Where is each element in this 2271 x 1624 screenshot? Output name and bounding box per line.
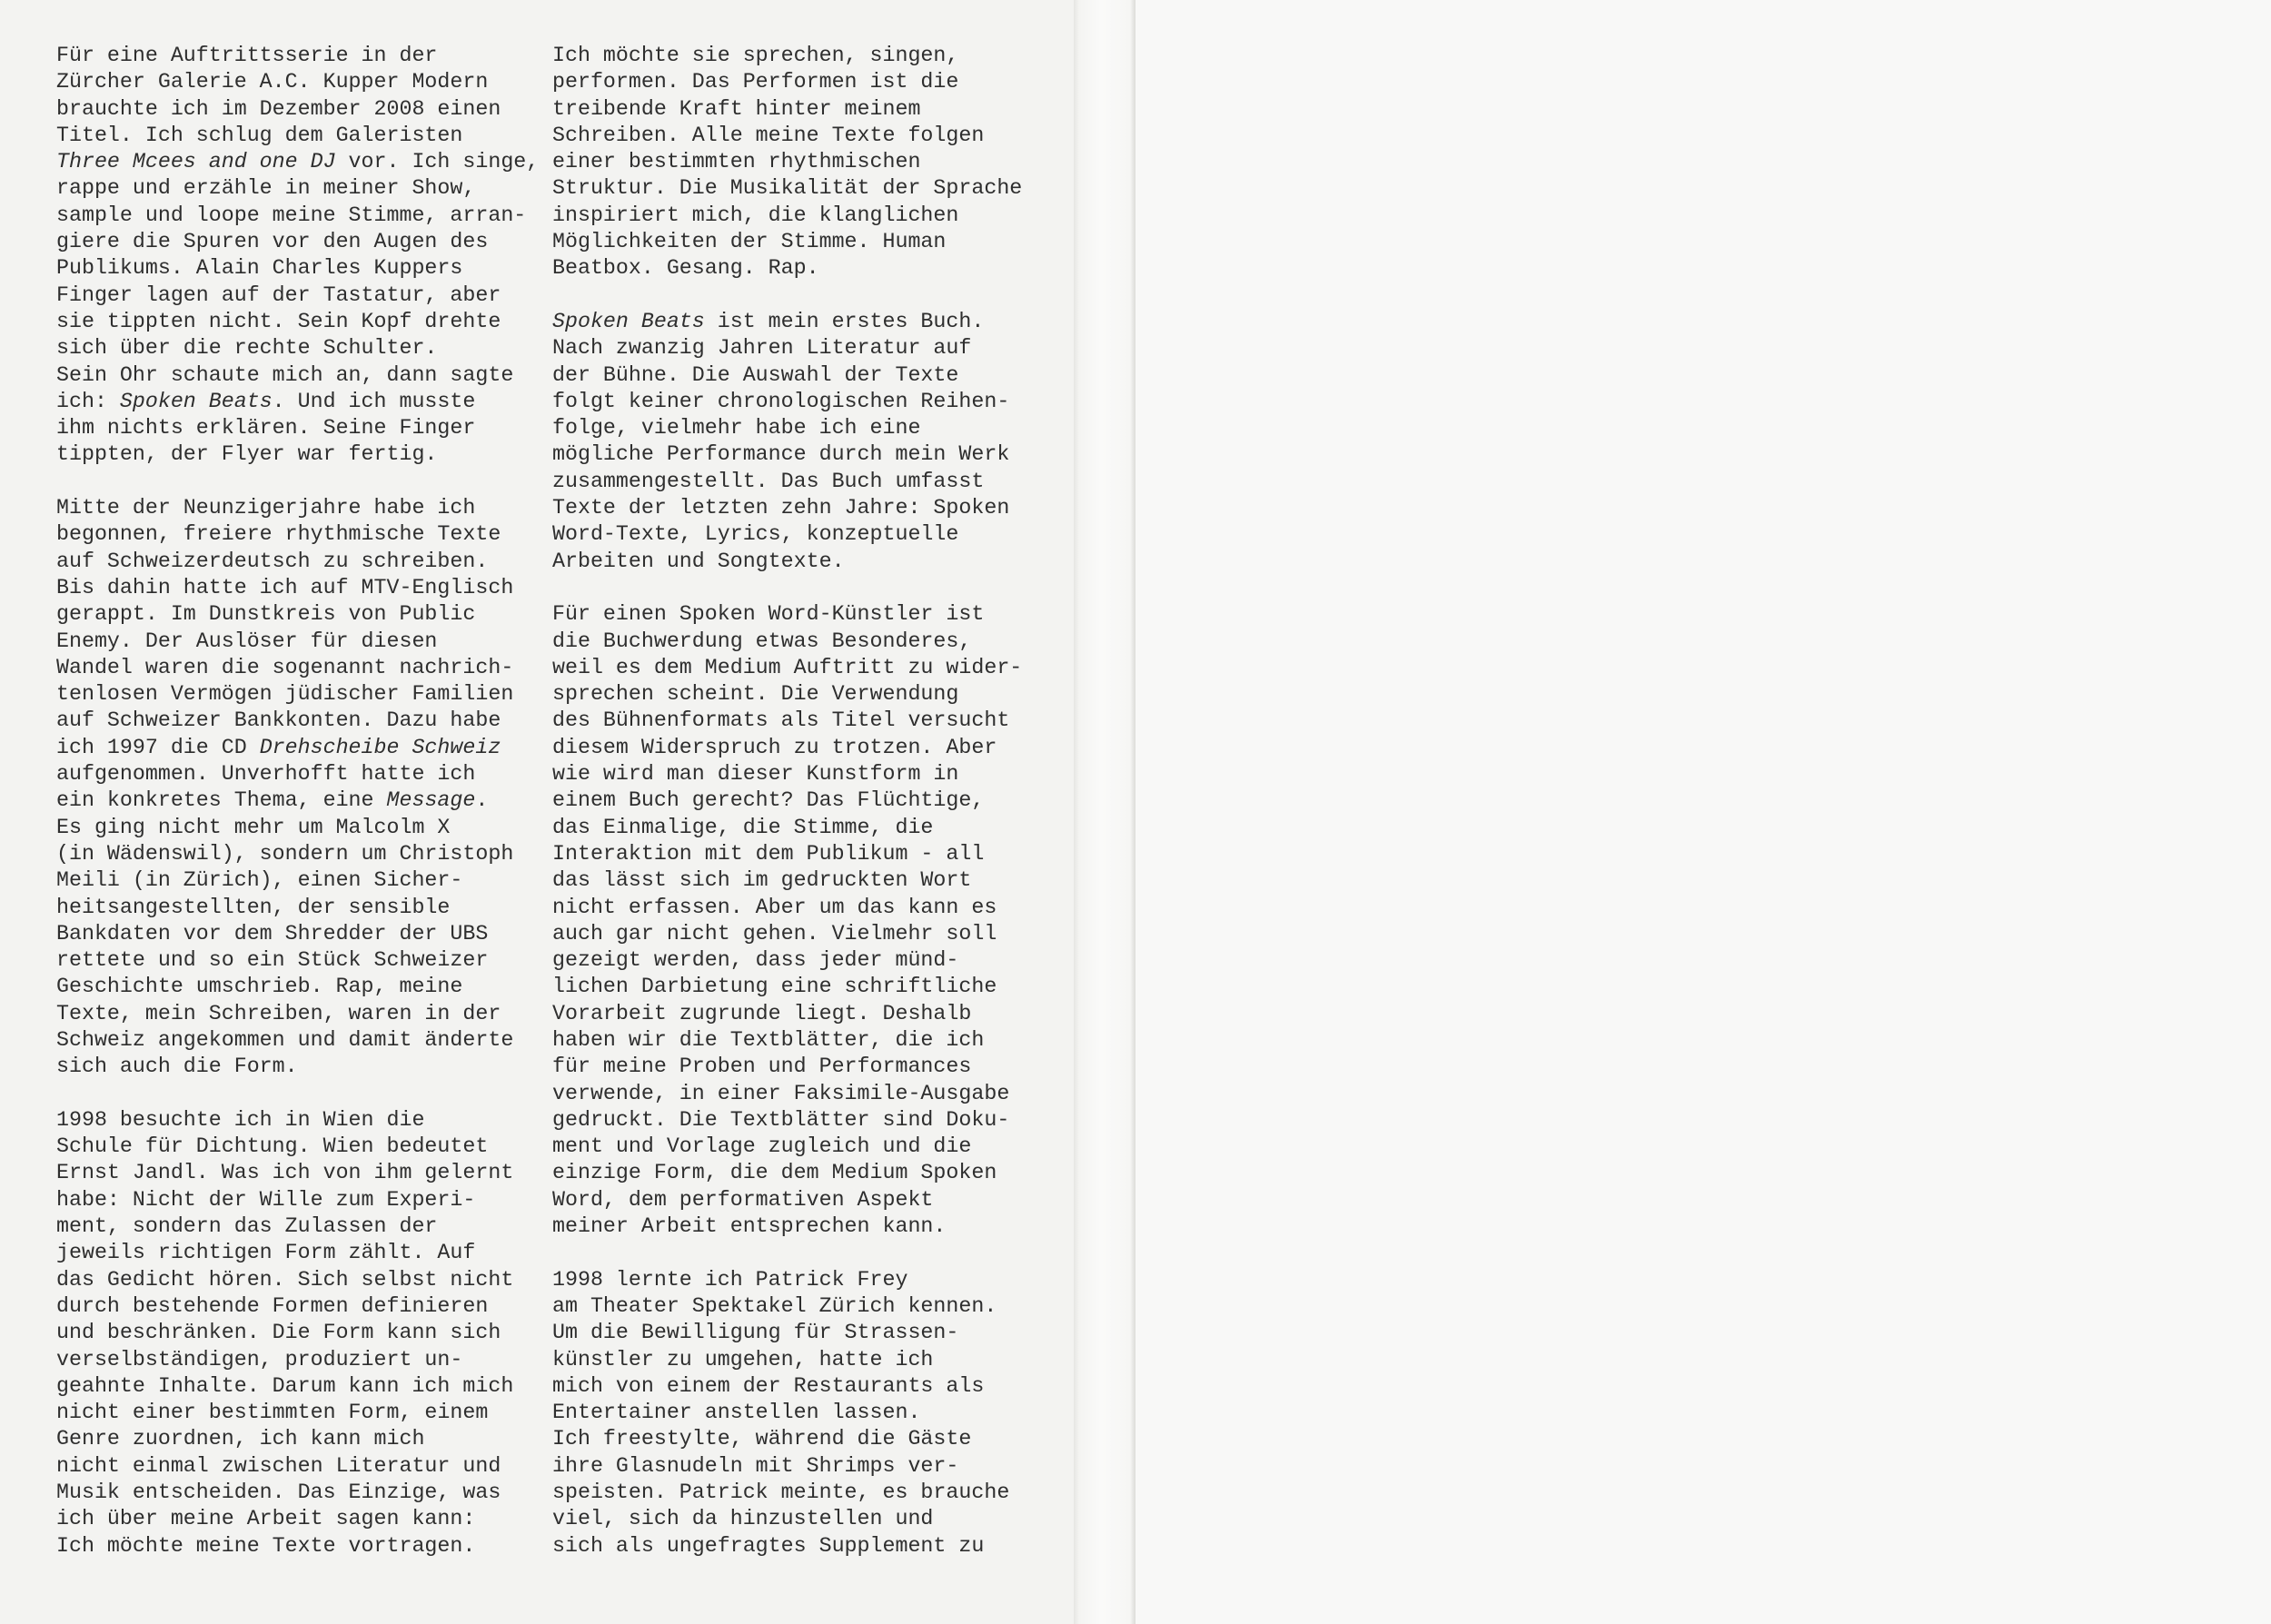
text-run: Bis dahin hatte ich auf MTV-Englisch — [56, 576, 513, 599]
text-line: diesem Widerspruch zu trotzen. Aber — [552, 735, 1022, 761]
text-line: durch bestehende Formen definieren — [56, 1293, 539, 1320]
italic-title: Spoken Beats — [552, 310, 705, 333]
text-run: habe: Nicht der Wille zum Experi- — [56, 1188, 475, 1212]
text-run: künstler zu umgehen, hatte ich — [552, 1348, 933, 1371]
text-line: lichen Darbietung eine schriftliche — [552, 974, 1022, 1000]
text-run: Ich möchte meine Texte vortragen. — [56, 1534, 475, 1558]
text-line: Mitte der Neunzigerjahre habe ich — [56, 495, 539, 521]
text-run: Struktur. Die Musikalität der Sprache — [552, 176, 1022, 200]
text-run: verselbständigen, produziert un- — [56, 1348, 462, 1371]
text-line: für meine Proben und Performances — [552, 1054, 1022, 1080]
text-line: des Bühnenformats als Titel versucht — [552, 708, 1022, 734]
text-line: Finger lagen auf der Tastatur, aber — [56, 282, 539, 309]
text-run: einzige Form, die dem Medium Spoken — [552, 1161, 997, 1184]
text-line: gedruckt. Die Textblätter sind Doku- — [552, 1107, 1022, 1134]
text-run: Es ging nicht mehr um Malcolm X — [56, 816, 450, 839]
text-line: 1998 lernte ich Patrick Frey — [552, 1267, 1022, 1293]
text-line: verselbständigen, produziert un- — [56, 1347, 539, 1373]
text-run: Ich möchte sie sprechen, singen, — [552, 44, 958, 67]
text-run: und beschränken. Die Form kann sich — [56, 1321, 501, 1344]
text-line: ich 1997 die CD Drehscheibe Schweiz — [56, 735, 539, 761]
text-run: ich: — [56, 390, 120, 413]
text-line: Zürcher Galerie A.C. Kupper Modern — [56, 69, 539, 95]
text-run: vor. Ich singe, — [336, 150, 540, 173]
text-line: einzige Form, die dem Medium Spoken — [552, 1160, 1022, 1186]
text-line: Meili (in Zürich), einen Sicher- — [56, 867, 539, 894]
text-run: viel, sich da hinzustellen und — [552, 1507, 933, 1530]
text-line: am Theater Spektakel Zürich kennen. — [552, 1293, 1022, 1320]
text-run: Schweiz angekommen und damit änderte — [56, 1028, 513, 1052]
text-run: ist mein erstes Buch. — [705, 310, 985, 333]
text-run: Publikums. Alain Charles Kuppers — [56, 256, 462, 280]
text-line: Nach zwanzig Jahren Literatur auf — [552, 335, 1022, 361]
text-run: der Bühne. Die Auswahl der Texte — [552, 363, 958, 387]
text-line: Arbeiten und Songtexte. — [552, 549, 1022, 575]
text-run: Schreiben. Alle meine Texte folgen — [552, 124, 984, 147]
text-run: rappe und erzähle in meiner Show, — [56, 176, 475, 200]
text-run: jeweils richtigen Form zählt. Auf — [56, 1241, 475, 1264]
text-run: ihm nichts erklären. Seine Finger — [56, 416, 475, 440]
text-line: das Gedicht hören. Sich selbst nicht — [56, 1267, 539, 1293]
text-run: Arbeiten und Songtexte. — [552, 550, 845, 573]
text-line: geahnte Inhalte. Darum kann ich mich — [56, 1373, 539, 1400]
text-line: Word, dem performativen Aspekt — [552, 1187, 1022, 1213]
text-run: (in Wädenswil), sondern um Christoph — [56, 842, 513, 866]
italic-title: Message — [387, 788, 476, 812]
text-run: Für eine Auftrittsserie in der — [56, 44, 437, 67]
text-line: nicht einmal zwischen Literatur und — [56, 1453, 539, 1480]
text-line: künstler zu umgehen, hatte ich — [552, 1347, 1022, 1373]
text-line: folgt keiner chronologischen Reihen- — [552, 389, 1022, 415]
text-run: Titel. Ich schlug dem Galeristen — [56, 124, 462, 147]
text-run: Vorarbeit zugrunde liegt. Deshalb — [552, 1002, 971, 1025]
text-run: meiner Arbeit entsprechen kann. — [552, 1214, 946, 1238]
text-line: die Buchwerdung etwas Besonderes, — [552, 629, 1022, 655]
text-line: Texte der letzten zehn Jahre: Spoken — [552, 495, 1022, 521]
text-line: Vorarbeit zugrunde liegt. Deshalb — [552, 1001, 1022, 1027]
text-line: mich von einem der Restaurants als — [552, 1373, 1022, 1400]
right-page-blank — [1135, 0, 2271, 1624]
text-line: sich auch die Form. — [56, 1054, 539, 1080]
text-run: ihre Glasnudeln mit Shrimps ver- — [552, 1454, 958, 1478]
text-line: Wandel waren die sogenannt nachrich- — [56, 655, 539, 681]
text-line: Spoken Beats ist mein erstes Buch. — [552, 309, 1022, 335]
text-run: speisten. Patrick meinte, es brauche — [552, 1480, 1009, 1504]
text-line: brauchte ich im Dezember 2008 einen — [56, 96, 539, 123]
text-run: Finger lagen auf der Tastatur, aber — [56, 283, 501, 307]
text-line: gezeigt werden, dass jeder münd- — [552, 947, 1022, 974]
text-line: ich über meine Arbeit sagen kann: — [56, 1506, 539, 1532]
text-run: Genre zuordnen, ich kann mich — [56, 1427, 424, 1451]
text-line: mögliche Performance durch mein Werk — [552, 441, 1022, 468]
text-run: auf Schweizer Bankkonten. Dazu habe — [56, 708, 501, 732]
text-run: sprechen scheint. Die Verwendung — [552, 682, 958, 706]
text-line: Titel. Ich schlug dem Galeristen — [56, 123, 539, 149]
text-line: jeweils richtigen Form zählt. Auf — [56, 1240, 539, 1266]
text-line: habe: Nicht der Wille zum Experi- — [56, 1187, 539, 1213]
book-spread: Für eine Auftrittsserie in derZürcher Ga… — [0, 0, 2271, 1624]
text-line: giere die Spuren vor den Augen des — [56, 229, 539, 255]
text-line: das lässt sich im gedruckten Wort — [552, 867, 1022, 894]
text-run: Wandel waren die sogenannt nachrich- — [56, 656, 513, 679]
text-run: Möglichkeiten der Stimme. Human — [552, 230, 946, 253]
text-line: Es ging nicht mehr um Malcolm X — [56, 815, 539, 841]
text-run: sich als ungefragtes Supplement zu — [552, 1534, 984, 1558]
text-line: Entertainer anstellen lassen. — [552, 1400, 1022, 1426]
text-run: Schule für Dichtung. Wien bedeutet — [56, 1134, 488, 1158]
left-page: Für eine Auftrittsserie in derZürcher Ga… — [0, 0, 1074, 1624]
text-run: sie tippten nicht. Sein Kopf drehte — [56, 310, 501, 333]
text-run: 1998 besuchte ich in Wien die — [56, 1108, 424, 1132]
text-run: durch bestehende Formen definieren — [56, 1294, 488, 1318]
text-run: Um die Bewilligung für Strassen- — [552, 1321, 958, 1344]
text-run: diesem Widerspruch zu trotzen. Aber — [552, 736, 997, 759]
text-line: viel, sich da hinzustellen und — [552, 1506, 1022, 1532]
text-run: das lässt sich im gedruckten Wort — [552, 868, 971, 892]
book-gutter — [1074, 0, 1135, 1624]
paragraph: 1998 besuchte ich in Wien dieSchule für … — [56, 1107, 539, 1560]
text-line: Texte, mein Schreiben, waren in der — [56, 1001, 539, 1027]
text-line: Bis dahin hatte ich auf MTV-Englisch — [56, 575, 539, 601]
text-line: speisten. Patrick meinte, es brauche — [552, 1480, 1022, 1506]
text-run: ich über meine Arbeit sagen kann: — [56, 1507, 475, 1530]
text-column-right: Ich möchte sie sprechen, singen,performe… — [552, 43, 1022, 1586]
text-line: Schreiben. Alle meine Texte folgen — [552, 123, 1022, 149]
text-line: verwende, in einer Faksimile-Ausgabe — [552, 1081, 1022, 1107]
text-run: das Gedicht hören. Sich selbst nicht — [56, 1268, 513, 1292]
paragraph: Mitte der Neunzigerjahre habe ichbegonne… — [56, 495, 539, 1081]
text-run: . — [475, 788, 488, 812]
text-run: Texte der letzten zehn Jahre: Spoken — [552, 496, 1009, 520]
text-run: Zürcher Galerie A.C. Kupper Modern — [56, 70, 488, 94]
text-line: folge, vielmehr habe ich eine — [552, 415, 1022, 441]
text-run: Texte, mein Schreiben, waren in der — [56, 1002, 501, 1025]
text-run: Bankdaten vor dem Shredder der UBS — [56, 922, 488, 946]
text-line: sample und loope meine Stimme, arran- — [56, 203, 539, 229]
text-line: Word-Texte, Lyrics, konzeptuelle — [552, 521, 1022, 548]
text-run: Word, dem performativen Aspekt — [552, 1188, 933, 1212]
text-line: das Einmalige, die Stimme, die — [552, 815, 1022, 841]
text-line: rettete und so ein Stück Schweizer — [56, 947, 539, 974]
text-line: Ich freestylte, während die Gäste — [552, 1426, 1022, 1452]
text-line: Für eine Auftrittsserie in der — [56, 43, 539, 69]
paragraph: 1998 lernte ich Patrick Freyam Theater S… — [552, 1267, 1022, 1560]
text-line: meiner Arbeit entsprechen kann. — [552, 1213, 1022, 1240]
text-run: einem Buch gerecht? Das Flüchtige, — [552, 788, 984, 812]
text-run: nicht erfassen. Aber um das kann es — [552, 896, 997, 919]
text-line: zusammengestellt. Das Buch umfasst — [552, 469, 1022, 495]
text-line: aufgenommen. Unverhofft hatte ich — [56, 761, 539, 787]
text-run: auf Schweizerdeutsch zu schreiben. — [56, 550, 488, 573]
text-run: Word-Texte, Lyrics, konzeptuelle — [552, 522, 958, 546]
text-line: Ich möchte meine Texte vortragen. — [56, 1533, 539, 1560]
italic-title: Three Mcees and one DJ — [56, 150, 336, 173]
text-run: Sein Ohr schaute mich an, dann sagte — [56, 363, 513, 387]
text-run: Enemy. Der Auslöser für diesen — [56, 629, 437, 653]
text-run: zusammengestellt. Das Buch umfasst — [552, 470, 984, 493]
text-line: ihm nichts erklären. Seine Finger — [56, 415, 539, 441]
text-column-left: Für eine Auftrittsserie in derZürcher Ga… — [56, 43, 539, 1586]
paragraph: Ich möchte sie sprechen, singen,performe… — [552, 43, 1022, 282]
text-line: ein konkretes Thema, eine Message. — [56, 787, 539, 814]
text-run: Für einen Spoken Word-Künstler ist — [552, 602, 984, 626]
text-run: . Und ich musste — [273, 390, 476, 413]
text-line: Für einen Spoken Word-Künstler ist — [552, 601, 1022, 628]
text-line: auf Schweizerdeutsch zu schreiben. — [56, 549, 539, 575]
text-line: und beschränken. Die Form kann sich — [56, 1320, 539, 1346]
text-line: sich über die rechte Schulter. — [56, 335, 539, 361]
text-run: nicht einmal zwischen Literatur und — [56, 1454, 501, 1478]
text-run: Entertainer anstellen lassen. — [552, 1401, 920, 1424]
text-run: treibende Kraft hinter meinem — [552, 97, 920, 121]
text-line: Three Mcees and one DJ vor. Ich singe, — [56, 149, 539, 175]
text-line: (in Wädenswil), sondern um Christoph — [56, 841, 539, 867]
text-line: auch gar nicht gehen. Vielmehr soll — [552, 921, 1022, 947]
text-line: der Bühne. Die Auswahl der Texte — [552, 362, 1022, 389]
text-line: einem Buch gerecht? Das Flüchtige, — [552, 787, 1022, 814]
text-run: nicht einer bestimmten Form, einem — [56, 1401, 488, 1424]
text-line: Enemy. Der Auslöser für diesen — [56, 629, 539, 655]
text-run: Musik entscheiden. Das Einzige, was — [56, 1480, 501, 1504]
text-run: sich über die rechte Schulter. — [56, 336, 437, 360]
italic-title: Spoken Beats — [120, 390, 273, 413]
text-run: verwende, in einer Faksimile-Ausgabe — [552, 1082, 1009, 1105]
text-run: geahnte Inhalte. Darum kann ich mich — [56, 1374, 513, 1398]
text-run: Meili (in Zürich), einen Sicher- — [56, 868, 462, 892]
text-run: gedruckt. Die Textblätter sind Doku- — [552, 1108, 1009, 1132]
text-line: gerappt. Im Dunstkreis von Public — [56, 601, 539, 628]
text-line: rappe und erzähle in meiner Show, — [56, 175, 539, 202]
text-run: ein konkretes Thema, eine — [56, 788, 387, 812]
text-line: begonnen, freiere rhythmische Texte — [56, 521, 539, 548]
text-run: weil es dem Medium Auftritt zu wider- — [552, 656, 1022, 679]
text-line: sie tippten nicht. Sein Kopf drehte — [56, 309, 539, 335]
text-run: mögliche Performance durch mein Werk — [552, 442, 1009, 466]
text-line: Genre zuordnen, ich kann mich — [56, 1426, 539, 1452]
text-run: heitsangestellten, der sensible — [56, 896, 450, 919]
text-line: tenlosen Vermögen jüdischer Familien — [56, 681, 539, 708]
text-run: giere die Spuren vor den Augen des — [56, 230, 488, 253]
text-line: sich als ungefragtes Supplement zu — [552, 1533, 1022, 1560]
text-line: haben wir die Textblätter, die ich — [552, 1027, 1022, 1054]
text-run: ment und Vorlage zugleich und die — [552, 1134, 971, 1158]
text-line: heitsangestellten, der sensible — [56, 895, 539, 921]
text-line: treibende Kraft hinter meinem — [552, 96, 1022, 123]
text-run: für meine Proben und Performances — [552, 1055, 971, 1078]
text-line: tippten, der Flyer war fertig. — [56, 441, 539, 468]
text-run: inspiriert mich, die klanglichen — [552, 203, 958, 227]
text-line: auf Schweizer Bankkonten. Dazu habe — [56, 708, 539, 734]
text-run: wie wird man dieser Kunstform in — [552, 762, 958, 786]
text-line: Schweiz angekommen und damit änderte — [56, 1027, 539, 1054]
text-run: Geschichte umschrieb. Rap, meine — [56, 975, 462, 998]
text-line: Sein Ohr schaute mich an, dann sagte — [56, 362, 539, 389]
text-line: Geschichte umschrieb. Rap, meine — [56, 974, 539, 1000]
text-run: aufgenommen. Unverhofft hatte ich — [56, 762, 475, 786]
text-line: Publikums. Alain Charles Kuppers — [56, 255, 539, 282]
text-line: Struktur. Die Musikalität der Sprache — [552, 175, 1022, 202]
text-run: die Buchwerdung etwas Besonderes, — [552, 629, 971, 653]
text-line: Schule für Dichtung. Wien bedeutet — [56, 1134, 539, 1160]
text-run: Ich freestylte, während die Gäste — [552, 1427, 971, 1451]
text-line: weil es dem Medium Auftritt zu wider- — [552, 655, 1022, 681]
text-line: sprechen scheint. Die Verwendung — [552, 681, 1022, 708]
text-line: ich: Spoken Beats. Und ich musste — [56, 389, 539, 415]
text-run: das Einmalige, die Stimme, die — [552, 816, 933, 839]
text-line: Ich möchte sie sprechen, singen, — [552, 43, 1022, 69]
text-run: Nach zwanzig Jahren Literatur auf — [552, 336, 971, 360]
text-line: nicht erfassen. Aber um das kann es — [552, 895, 1022, 921]
text-run: brauchte ich im Dezember 2008 einen — [56, 97, 501, 121]
text-run: ich 1997 die CD — [56, 736, 260, 759]
text-run: gezeigt werden, dass jeder münd- — [552, 948, 958, 972]
text-run: tippten, der Flyer war fertig. — [56, 442, 437, 466]
text-run: am Theater Spektakel Zürich kennen. — [552, 1294, 997, 1318]
text-line: ihre Glasnudeln mit Shrimps ver- — [552, 1453, 1022, 1480]
text-run: sample und loope meine Stimme, arran- — [56, 203, 526, 227]
text-run: des Bühnenformats als Titel versucht — [552, 708, 1009, 732]
text-run: tenlosen Vermögen jüdischer Familien — [56, 682, 513, 706]
text-line: inspiriert mich, die klanglichen — [552, 203, 1022, 229]
text-run: ment, sondern das Zulassen der — [56, 1214, 437, 1238]
text-line: performen. Das Performen ist die — [552, 69, 1022, 95]
text-run: auch gar nicht gehen. Vielmehr soll — [552, 922, 997, 946]
text-run: folgt keiner chronologischen Reihen- — [552, 390, 1009, 413]
text-run: Mitte der Neunzigerjahre habe ich — [56, 496, 475, 520]
text-line: Interaktion mit dem Publikum - all — [552, 841, 1022, 867]
text-run: performen. Das Performen ist die — [552, 70, 958, 94]
text-line: nicht einer bestimmten Form, einem — [56, 1400, 539, 1426]
text-line: Um die Bewilligung für Strassen- — [552, 1320, 1022, 1346]
text-line: Beatbox. Gesang. Rap. — [552, 255, 1022, 282]
paragraph: Für einen Spoken Word-Künstler istdie Bu… — [552, 601, 1022, 1240]
italic-title: Drehscheibe Schweiz — [260, 736, 501, 759]
text-run: gerappt. Im Dunstkreis von Public — [56, 602, 475, 626]
paragraph: Für eine Auftrittsserie in derZürcher Ga… — [56, 43, 539, 469]
text-line: Ernst Jandl. Was ich von ihm gelernt — [56, 1160, 539, 1186]
text-run: einer bestimmten rhythmischen — [552, 150, 920, 173]
text-line: Möglichkeiten der Stimme. Human — [552, 229, 1022, 255]
text-run: sich auch die Form. — [56, 1055, 298, 1078]
text-run: rettete und so ein Stück Schweizer — [56, 948, 488, 972]
text-run: Beatbox. Gesang. Rap. — [552, 256, 819, 280]
text-run: folge, vielmehr habe ich eine — [552, 416, 920, 440]
text-line: wie wird man dieser Kunstform in — [552, 761, 1022, 787]
text-run: haben wir die Textblätter, die ich — [552, 1028, 984, 1052]
text-line: ment und Vorlage zugleich und die — [552, 1134, 1022, 1160]
text-run: lichen Darbietung eine schriftliche — [552, 975, 997, 998]
text-run: mich von einem der Restaurants als — [552, 1374, 984, 1398]
text-line: ment, sondern das Zulassen der — [56, 1213, 539, 1240]
text-run: begonnen, freiere rhythmische Texte — [56, 522, 501, 546]
text-line: einer bestimmten rhythmischen — [552, 149, 1022, 175]
paragraph: Spoken Beats ist mein erstes Buch.Nach z… — [552, 309, 1022, 575]
text-line: Bankdaten vor dem Shredder der UBS — [56, 921, 539, 947]
text-run: 1998 lernte ich Patrick Frey — [552, 1268, 907, 1292]
text-line: Musik entscheiden. Das Einzige, was — [56, 1480, 539, 1506]
text-run: Interaktion mit dem Publikum - all — [552, 842, 984, 866]
text-line: 1998 besuchte ich in Wien die — [56, 1107, 539, 1134]
text-run: Ernst Jandl. Was ich von ihm gelernt — [56, 1161, 513, 1184]
